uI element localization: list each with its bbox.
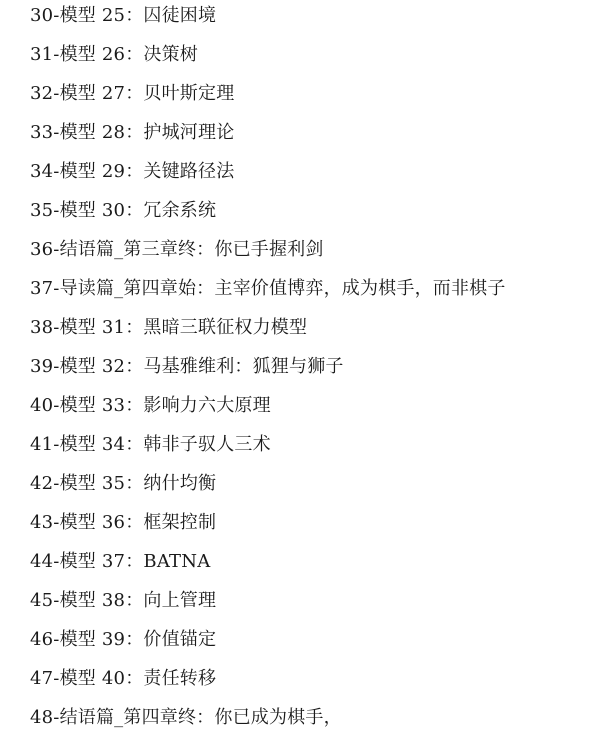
toc-item: 40-模型 33：影响力六大原理 — [30, 390, 610, 429]
toc-item: 46-模型 39：价值锚定 — [30, 624, 610, 663]
toc-item: 30-模型 25：囚徒困境 — [30, 0, 610, 39]
table-of-contents: 30-模型 25：囚徒困境 31-模型 26：决策树 32-模型 27：贝叶斯定… — [30, 0, 610, 735]
toc-item: 41-模型 34：韩非子驭人三术 — [30, 429, 610, 468]
toc-item: 37-导读篇_第四章始：主宰价值博弈，成为棋手，而非棋子 — [30, 273, 610, 312]
toc-item: 34-模型 29：关键路径法 — [30, 156, 610, 195]
toc-item: 32-模型 27：贝叶斯定理 — [30, 78, 610, 117]
toc-item: 33-模型 28：护城河理论 — [30, 117, 610, 156]
toc-item: 35-模型 30：冗余系统 — [30, 195, 610, 234]
toc-item: 47-模型 40：责任转移 — [30, 663, 610, 702]
toc-item: 36-结语篇_第三章终：你已手握利剑 — [30, 234, 610, 273]
toc-item: 45-模型 38：向上管理 — [30, 585, 610, 624]
toc-item: 43-模型 36：框架控制 — [30, 507, 610, 546]
toc-item: 44-模型 37：BATNA — [30, 546, 610, 585]
toc-item: 42-模型 35：纳什均衡 — [30, 468, 610, 507]
toc-item: 31-模型 26：决策树 — [30, 39, 610, 78]
toc-item: 39-模型 32：马基雅维利：狐狸与狮子 — [30, 351, 610, 390]
toc-item: 38-模型 31：黑暗三联征权力模型 — [30, 312, 610, 351]
toc-item: 48-结语篇_第四章终：你已成为棋手， — [30, 702, 610, 735]
